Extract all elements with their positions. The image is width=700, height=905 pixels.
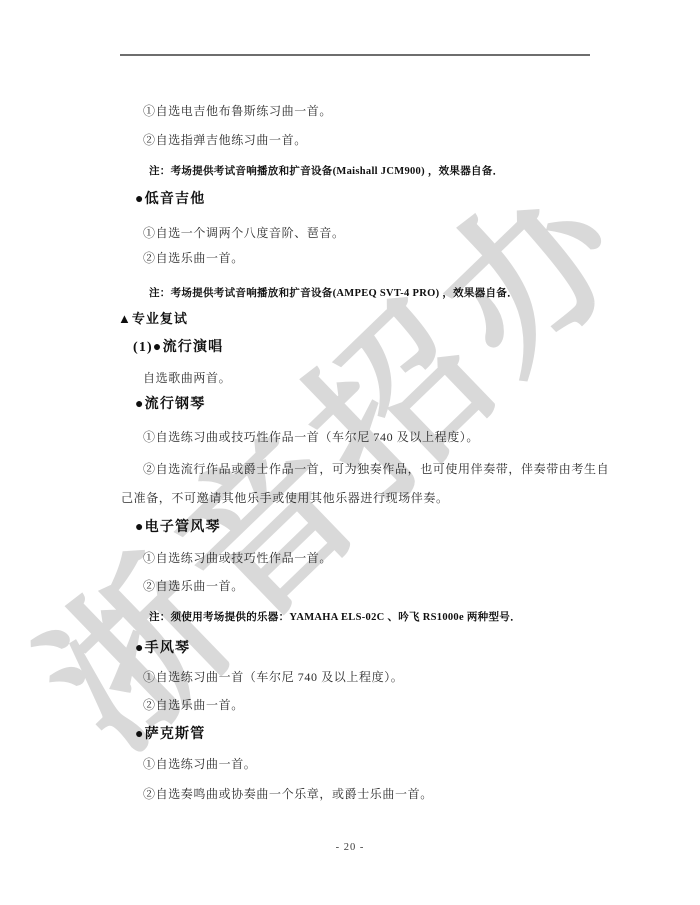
heading-pop-vocal: (1)●流行演唱 [133, 340, 223, 355]
exam-item-electric-guitar-1: ①自选电吉他布鲁斯练习曲一首。 [143, 104, 332, 119]
exam-item-bass-2: ②自选乐曲一首。 [143, 251, 244, 266]
heading-accordion: ●手风琴 [135, 641, 190, 656]
exam-item-bass-1: ①自选一个调两个八度音阶、琶音。 [143, 226, 345, 241]
exam-item-accordion-2: ②自选乐曲一首。 [143, 698, 244, 713]
exam-item-pop-vocal: 自选歌曲两首。 [143, 371, 231, 386]
exam-item-electric-guitar-2: ②自选指弹吉他练习曲一首。 [143, 133, 307, 148]
exam-item-electronic-organ-2: ②自选乐曲一首。 [143, 579, 244, 594]
exam-item-electronic-organ-1: ①自选练习曲或技巧性作品一首。 [143, 551, 332, 566]
page-number: - 20 - [0, 842, 700, 853]
equipment-note-bass: 注：考场提供考试音响播放和扩音设备(AMPEQ SVT-4 PRO) ，效果器自… [149, 286, 518, 301]
equipment-note-electric-guitar: 注：考场提供考试音响播放和扩音设备(Maishall JCM900) ，效果器自… [149, 164, 503, 179]
exam-item-pop-piano-1: ①自选练习曲或技巧性作品一首（车尔尼 740 及以上程度）。 [143, 430, 479, 445]
exam-item-accordion-1: ①自选练习曲一首（车尔尼 740 及以上程度）。 [143, 670, 403, 685]
exam-item-saxophone-2: ②自选奏鸣曲或协奏曲一个乐章，或爵士乐曲一首。 [143, 787, 433, 802]
exam-item-saxophone-1: ①自选练习曲一首。 [143, 757, 256, 772]
heading-saxophone: ●萨克斯管 [135, 727, 205, 742]
heading-electronic-organ: ●电子管风琴 [135, 520, 221, 535]
exam-item-pop-piano-2: ②自选流行作品或爵士作品一首，可为独奏作品，也可使用伴奏带，伴奏带由考生自 [143, 462, 609, 477]
equipment-note-electronic-organ: 注：须使用考场提供的乐器：YAMAHA ELS-02C 、吟飞 RS1000e … [149, 610, 521, 625]
header-rule [120, 54, 590, 56]
heading-professional-retest: ▲专业复试 [118, 311, 188, 326]
heading-pop-piano: ●流行钢琴 [135, 397, 205, 412]
document-page: 浙音招办 ①自选电吉他布鲁斯练习曲一首。 ②自选指弹吉他练习曲一首。 注：考场提… [0, 0, 700, 905]
exam-item-pop-piano-2-continued: 己准备，不可邀请其他乐手或使用其他乐器进行现场伴奏。 [121, 491, 449, 506]
heading-bass-guitar: ●低音吉他 [135, 192, 205, 207]
